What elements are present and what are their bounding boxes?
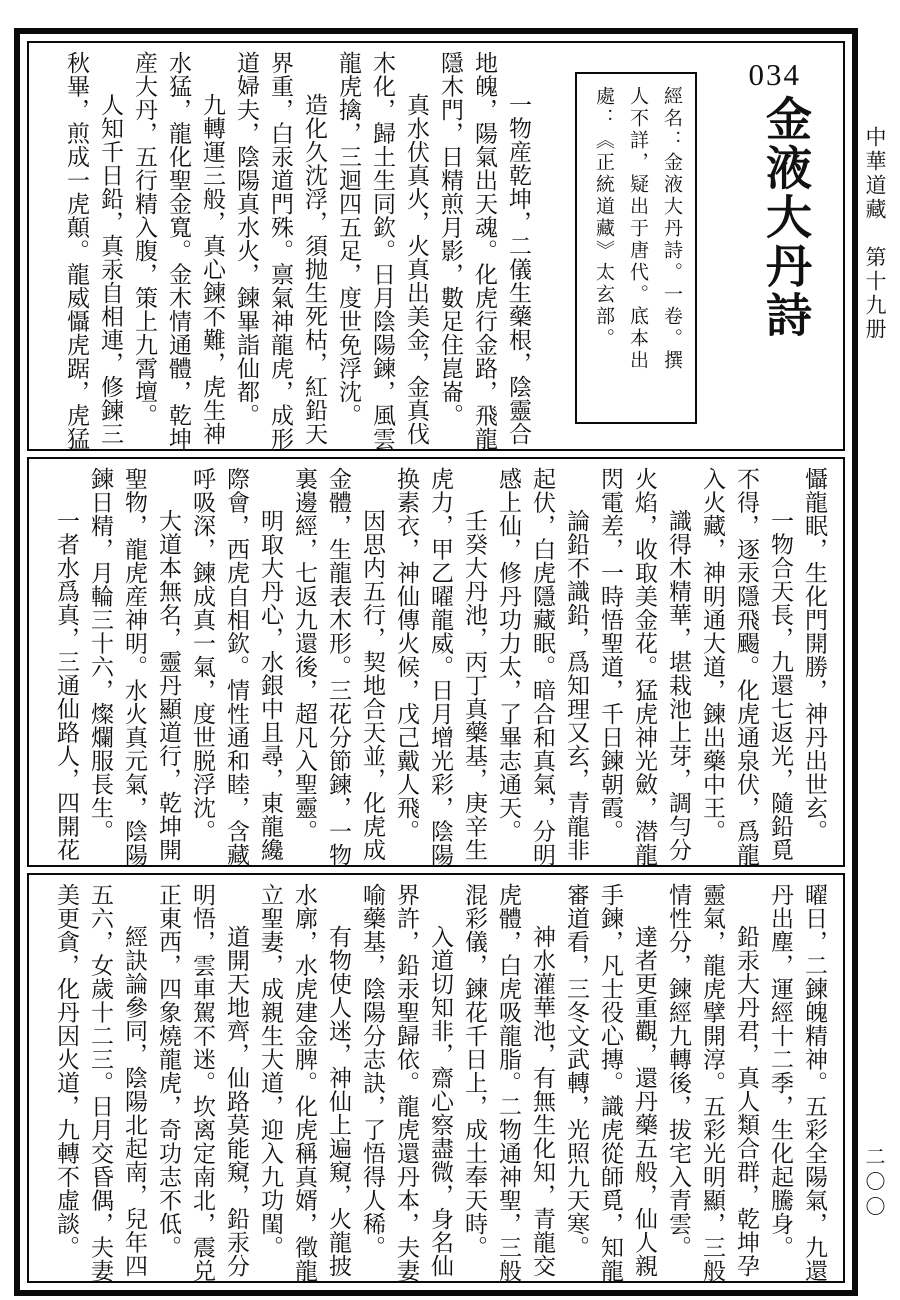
verse-column: 道婦夫，陰陽真水火，鍊畢詣仙都。 [229, 51, 263, 443]
verse-column: 閃電差，一時悟聖道，千日鍊朝霞。 [593, 467, 627, 859]
verse-column: 立聖妻，成親生大道，迎入九功閨。 [253, 883, 287, 1275]
verse-column: 神水灌華池，有無生化知，青龍交 [525, 883, 559, 1275]
colophon-column: 經名：金液大丹詩。一卷。撰 [654, 86, 688, 410]
verse-column: 有物使人迷，神仙上遍窺，火龍披 [321, 883, 355, 1275]
verse-column: 識得木精華，堪栽池上芽，調勻分 [661, 467, 695, 859]
verse-column: 經訣論參同，陰陽北起南，兒年四 [117, 883, 151, 1275]
verse-column: 鍊日精，月輪三十六，燦爛服長生。 [83, 467, 117, 859]
verse-column: 呼吸深，鍊成真一氣，度世脱浮沈。 [185, 467, 219, 859]
verse-column: 感上仙，修丹功力太，了畢志通天。 [491, 467, 525, 859]
verse-column: 丹出塵，運經十二季，生化起騰身。 [763, 883, 797, 1275]
verse-column: 金體，生龍表木形。三花分節鍊，一物 [321, 467, 355, 859]
verse-column: 九轉運三般，真心鍊不難，虎生神 [195, 51, 229, 443]
verse-column: 手鍊，凡士役心摶。識虎從師覓，知龍 [593, 883, 627, 1275]
verse-column: 造化久沈浮，須抛生死枯，紅鉛天 [297, 51, 331, 443]
item-number: 034 [749, 57, 802, 93]
verse-column: 入火藏，神明通大道，鍊出藥中王。 [695, 467, 729, 859]
verse-column: 一物産乾坤，二儀生藥根，陰靈合 [501, 51, 535, 443]
verse-column: 壬癸大丹池，丙丁真藥基，庚辛生 [457, 467, 491, 859]
verse-column: 火焰，收取美金花。猛虎神光斂，潜龍 [627, 467, 661, 859]
verse-column: 地魄，陽氣出天魂。化虎行金路，飛龍 [467, 51, 501, 443]
verse-column: 情性分，鍊經九轉後，拔宅入青雲。 [661, 883, 695, 1275]
verse-column: 産大丹，五行精入腹，策上九霄壇。 [127, 51, 161, 443]
verse-column: 五六，女歲十二三。日月交昏偶，夫妻 [83, 883, 117, 1275]
verse-column: 達者更重觀，還丹藥五般，仙人親 [627, 883, 661, 1275]
verse-column: 不得，逐汞隱飛颺。化虎通泉伏，爲龍 [729, 467, 763, 859]
verse-column: 起伏，白虎隱藏眠。暗合和真氣，分明 [525, 467, 559, 859]
title-block: 034 金液大丹詩 經名：金液大丹詩。一卷。撰 人不詳，疑出于唐代。底本出 處：… [535, 51, 831, 443]
colophon-box: 經名：金液大丹詩。一卷。撰 人不詳，疑出于唐代。底本出 處：《正統道藏》太玄部。 [575, 72, 697, 424]
verse-column: 美更貪，化丹因火道，九轉不虛談。 [49, 883, 83, 1275]
verse-column: 鉛汞大丹君，真人類合群，乾坤孕 [729, 883, 763, 1275]
verse-column: 聖物，龍虎産神明。水火真元氣，陰陽 [117, 467, 151, 859]
verse-column: 界重，白汞道門殊。禀氣神龍虎，成形 [263, 51, 297, 443]
page-number: 二〇〇 [859, 1146, 888, 1221]
verse-column: 换素衣，神仙傳火候，戊己戴人飛。 [389, 467, 423, 859]
verse-column: 曜日，二鍊魄精神。五彩全陽氣，九還 [797, 883, 831, 1275]
verse-column: 虎力，甲乙曜龍威。日月增光彩，陰陽 [423, 467, 457, 859]
verse-column: 一者水爲真，三通仙路人，四開花 [49, 467, 83, 859]
verse-column: 木化，歸土生同欽。日月陰陽鍊，風雲 [365, 51, 399, 443]
colophon-column: 人不詳，疑出于唐代。底本出 [620, 86, 654, 410]
verse-column: 喻藥基，陰陽分志訣，了悟得人稀。 [355, 883, 389, 1275]
verse-column: 一物合天長，九還七返光，隨鉛覓 [763, 467, 797, 859]
page-title: 金液大丹詩 [753, 95, 817, 340]
verse-column: 際會，西虎自相欽。情性通和睦，含藏 [219, 467, 253, 859]
verse-column: 龍虎擒，三迴四五足，度世免浮沈。 [331, 51, 365, 443]
register-middle: 懾龍眠，生化門開勝，神丹出世玄。 一物合天長，九還七返光，隨鉛覓 不得，逐汞隱飛… [27, 457, 845, 867]
verse-column: 水猛，龍化聖金寬。金木情通體，乾坤 [161, 51, 195, 443]
verse-columns-top: 一物産乾坤，二儀生藥根，陰靈合 地魄，陽氣出天魂。化虎行金路，飛龍 隱木門，日精… [59, 51, 535, 443]
verse-column: 大道本無名，靈丹顯道行，乾坤開 [151, 467, 185, 859]
verse-column: 明取大丹心，水銀中且尋，東龍纔 [253, 467, 287, 859]
verse-column: 隱木門，日精煎月影，數足住崑崙。 [433, 51, 467, 443]
verse-column: 界許，鉛汞聖歸依。龍虎還丹本，夫妻 [389, 883, 423, 1275]
colophon-column: 處：《正統道藏》太玄部。 [586, 86, 620, 410]
register-top: 034 金液大丹詩 經名：金液大丹詩。一卷。撰 人不詳，疑出于唐代。底本出 處：… [27, 41, 845, 451]
verse-column: 虎體，白虎吸龍脂。二物通神聖，三般 [491, 883, 525, 1275]
verse-column: 正東西，四象燒龍虎，奇功志不低。 [151, 883, 185, 1275]
verse-column: 靈氣，龍虎擘開淳。五彩光明顯，三般 [695, 883, 729, 1275]
verse-column: 因思内五行，契地合天並，化虎成 [355, 467, 389, 859]
verse-column: 入道切知非，齋心察盡微，身名仙 [423, 883, 457, 1275]
verse-column: 明悟，雲車駕不迷。坎离定南北，震兑 [185, 883, 219, 1275]
volume-caption: 中華道藏 第十九册 [860, 126, 890, 342]
verse-column: 裏邊經，七返九還後，超凡入聖靈。 [287, 467, 321, 859]
verse-column: 論鉛不識鉛，爲知理又玄，青龍非 [559, 467, 593, 859]
verse-column: 人知千日鉛，真汞自相連，修鍊三 [93, 51, 127, 443]
verse-column: 審道看，三冬文武轉，光照九天寒。 [559, 883, 593, 1275]
verse-column: 懾龍眠，生化門開勝，神丹出世玄。 [797, 467, 831, 859]
verse-column: 道開天地齊，仙路莫能窺，鉛汞分 [219, 883, 253, 1275]
book-page: 中華道藏 第十九册 二〇〇 034 金液大丹詩 經名：金液大丹詩。一卷。撰 人不… [0, 0, 900, 1300]
verse-column: 秋畢，煎成一虎顛。龍威懾虎踞，虎猛 [59, 51, 93, 443]
page-frame: 034 金液大丹詩 經名：金液大丹詩。一卷。撰 人不詳，疑出于唐代。底本出 處：… [14, 28, 858, 1296]
register-bottom: 曜日，二鍊魄精神。五彩全陽氣，九還 丹出塵，運經十二季，生化起騰身。 鉛汞大丹君… [27, 873, 845, 1283]
verse-column: 混彩儀，鍊花千日上，成土奉天時。 [457, 883, 491, 1275]
verse-column: 真水伏真火，火真出美金，金真伐 [399, 51, 433, 443]
verse-column: 水廓，水虎建金脾。化虎稱真婿，徵龍 [287, 883, 321, 1275]
